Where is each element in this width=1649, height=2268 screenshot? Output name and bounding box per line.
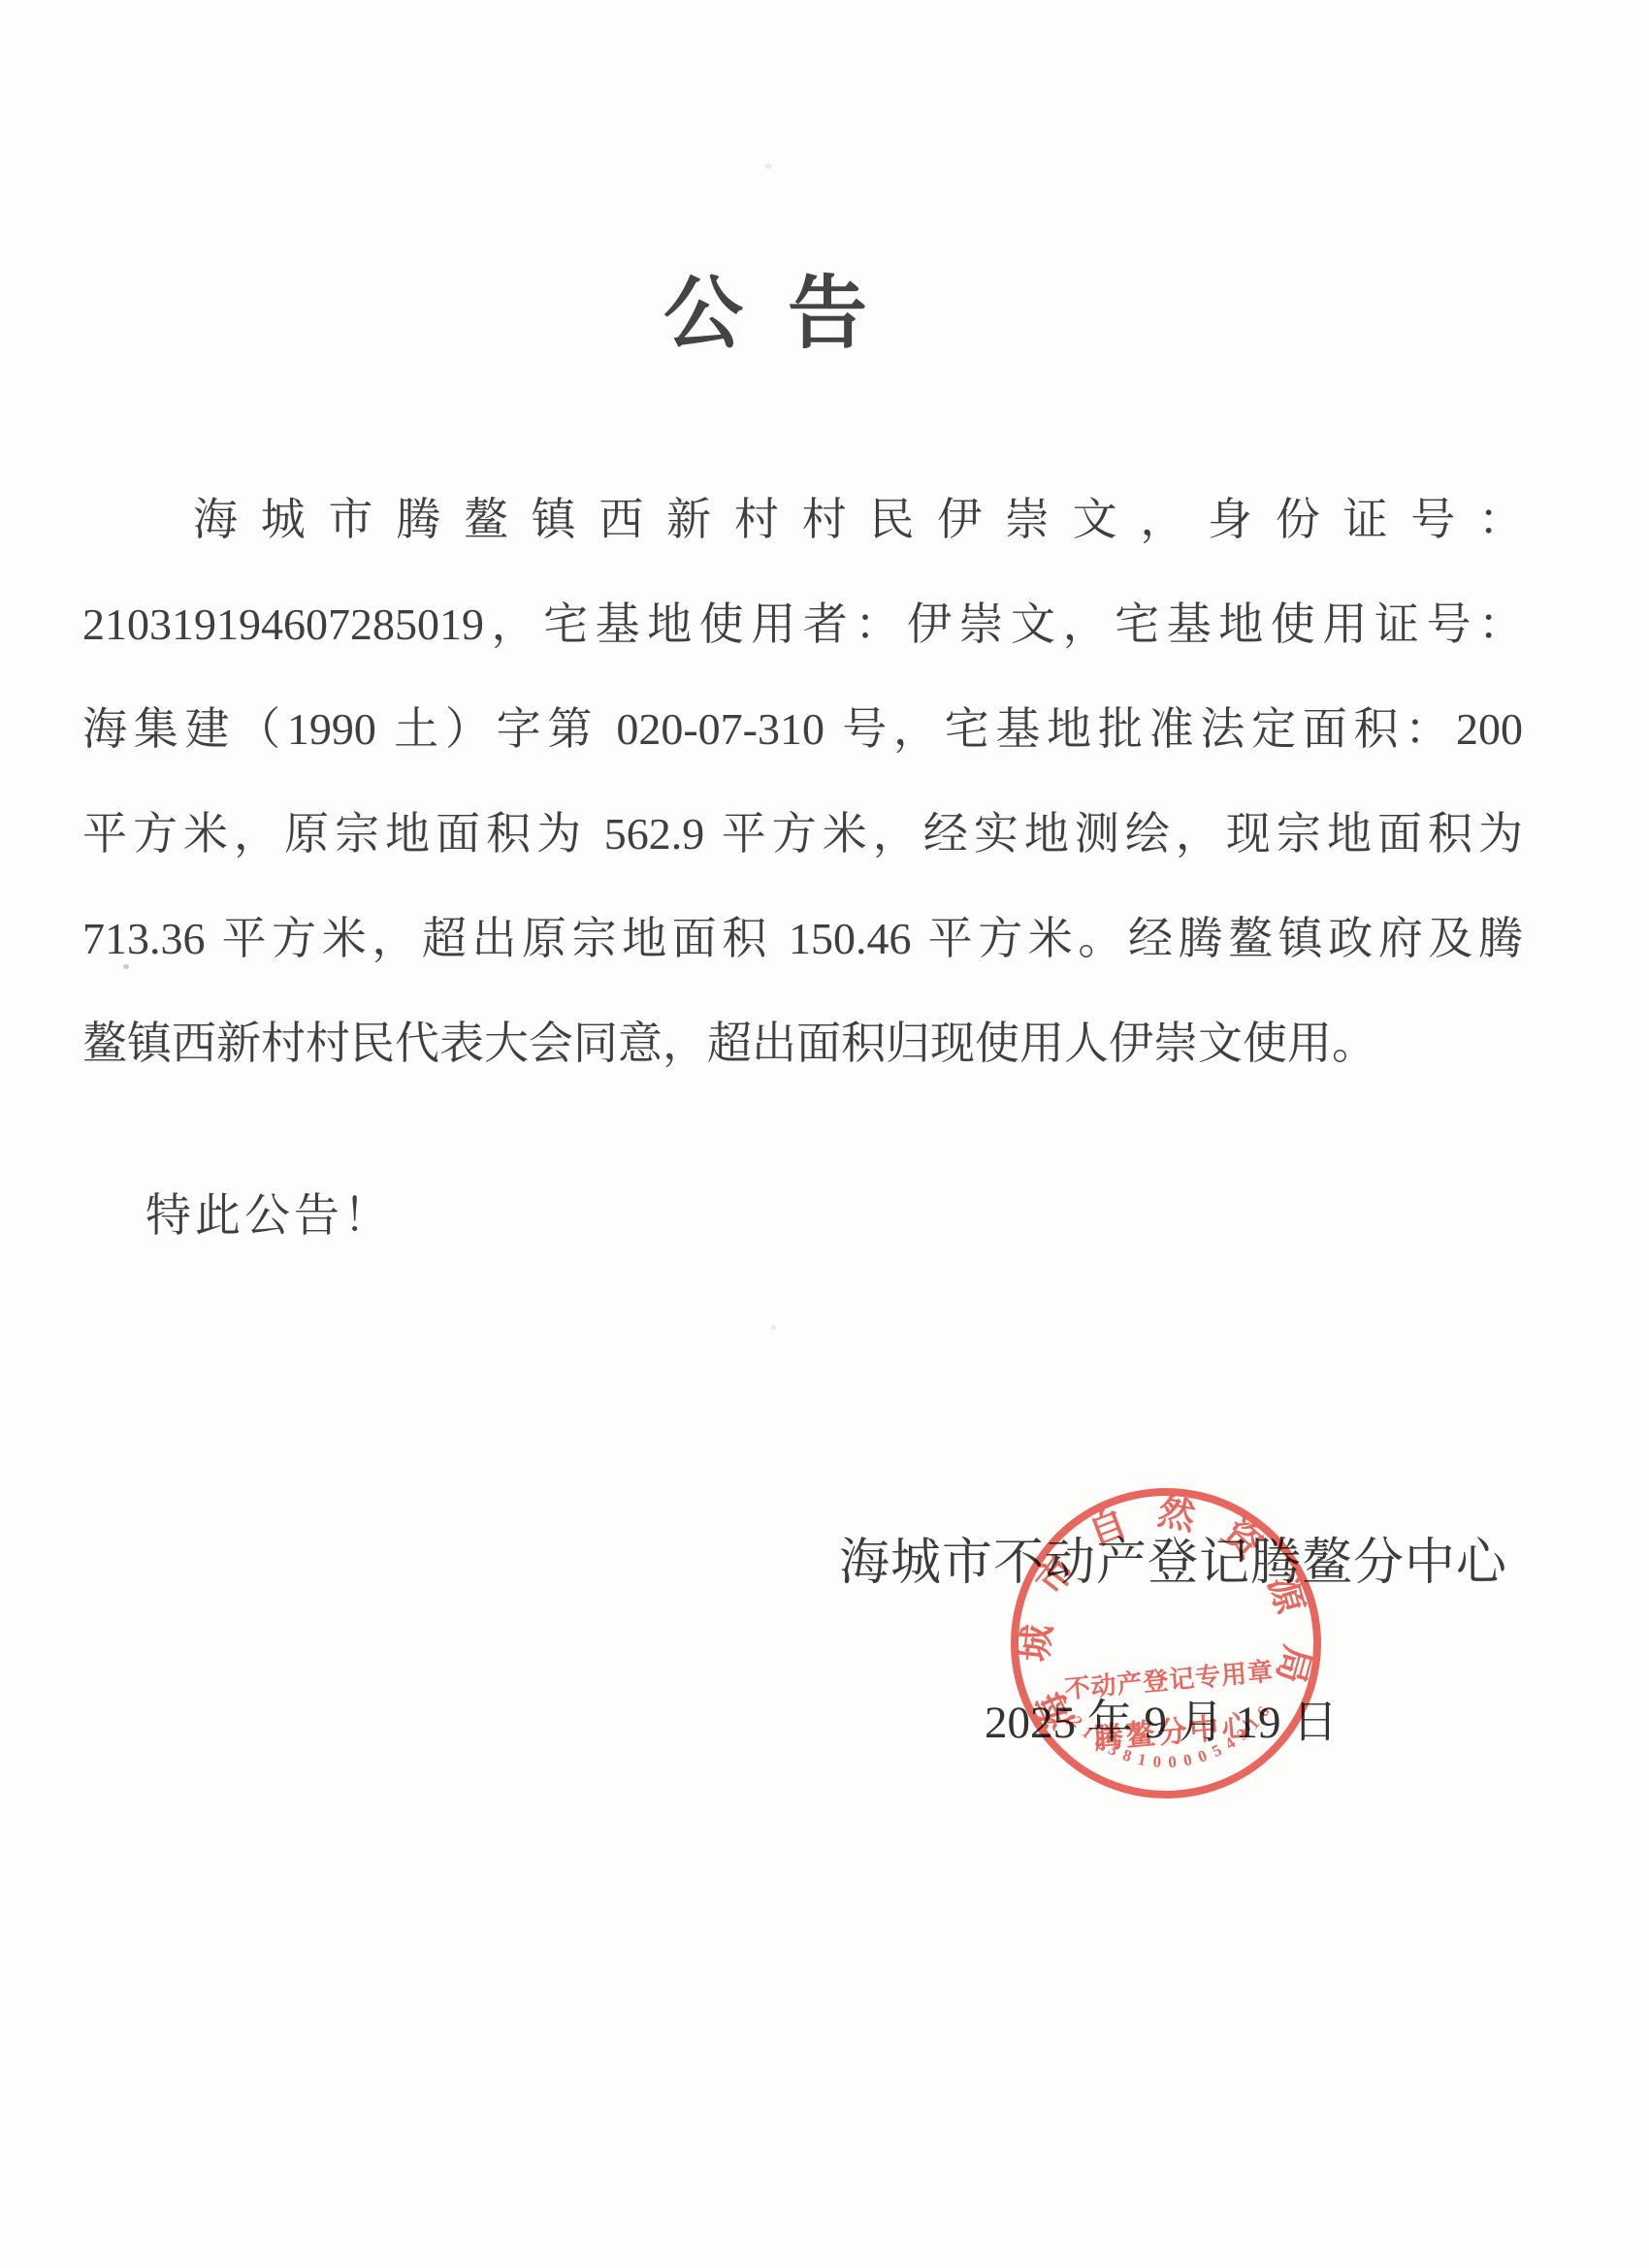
- body-line: 713.36 平方米，超出原宗地面积 150.46 平方米。经腾鳌镇政府及腾: [82, 887, 1523, 991]
- body-line: 平方米，原宗地面积为 562.9 平方米，经实地测绘，现宗地面积为: [82, 782, 1523, 887]
- issuer-signature: 海城市不动产登记腾鳌分中心: [839, 1521, 1507, 1594]
- body-line: 鳌镇西新村村民代表大会同意，超出面积归现使用人伊崇文使用。: [82, 991, 1523, 1096]
- body-line: 210319194607285019，宅基地使用者：伊崇文，宅基地使用证号：: [82, 572, 1523, 677]
- announcement-body: 海城市腾鳌镇西新村村民伊崇文，身份证号： 210319194607285019，…: [82, 468, 1523, 1096]
- body-line: 海集建（1990 土）字第 020-07-310 号，宅基地批准法定面积：200: [82, 677, 1523, 782]
- announcement-page: 公告 海城市腾鳌镇西新村村民伊崇文，身份证号： 2103191946072850…: [0, 0, 1649, 2268]
- scan-speck: [764, 163, 772, 169]
- body-line: 海城市腾鳌镇西新村村民伊崇文，身份证号：: [82, 468, 1523, 572]
- scan-speck: [123, 964, 129, 969]
- issue-date: 2025 年 9 月 19 日: [985, 1686, 1338, 1751]
- page-title: 公告: [0, 250, 1612, 364]
- official-seal-stamp: 海城市自然资源局 不动产登记专用章 腾鳌分中心 210381000054316: [987, 1465, 1344, 1822]
- scan-speck: [771, 1325, 776, 1330]
- closing-statement: 特此公告！: [145, 1180, 393, 1245]
